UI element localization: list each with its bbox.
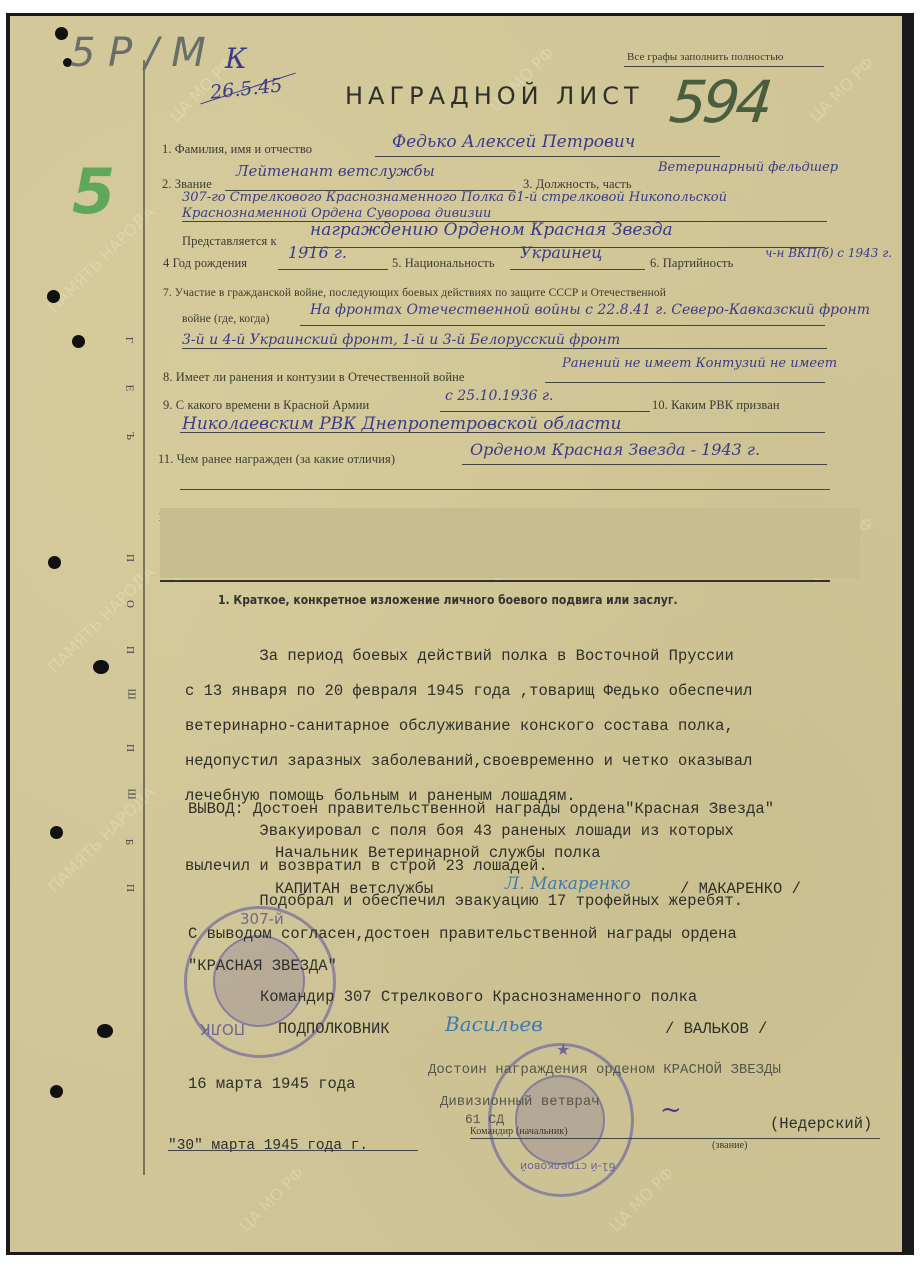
division-conclusion: Достоин награждения орденом КРАСНОЙ ЗВЕЗ…: [428, 1062, 781, 1078]
division-sub: 61 СД: [465, 1112, 504, 1127]
narrative-line: недопустил заразных заболеваний,своеврем…: [185, 753, 752, 771]
field-value-birth-year: 1916 г.: [288, 243, 347, 262]
underline: [180, 489, 830, 490]
field-value-wounds: Ранений не имеет Контузий не имеет: [562, 356, 837, 371]
field-label-birth-year: 4 Год рождения: [163, 256, 247, 271]
field-label-war-participation-2: войне (где, когда): [182, 313, 270, 325]
sheet-number: 594: [666, 68, 772, 136]
corner-mark: К: [225, 42, 247, 75]
field-value-war-participation-1: На фронтах Отечественной войны с 22.8.41…: [310, 302, 870, 318]
margin-line: [143, 60, 145, 1175]
field-value-presented: награждению Орденом Красная Звезда: [310, 220, 673, 240]
division-title: Дивизионный ветврач: [440, 1094, 600, 1110]
division-stamp-emblem: [515, 1075, 605, 1165]
date-regiment: 16 марта 1945 года: [188, 1075, 355, 1093]
division-name: (Недерский): [770, 1115, 872, 1133]
margin-pencil-note: 5 Р / М: [70, 30, 206, 76]
margin-letter: П: [124, 554, 136, 562]
underline: [440, 411, 650, 412]
margin-letter: П: [124, 646, 136, 654]
date-division: "30" марта 1945 года г.: [168, 1138, 368, 1154]
commander-signature: Васильев: [445, 1012, 543, 1036]
field-label-army-since: 9. С какого времени в Красной Армии: [163, 398, 369, 413]
field-value-army-since: с 25.10.1936 г.: [445, 388, 553, 404]
underline: [624, 66, 824, 67]
punch-hole: [48, 556, 61, 569]
field-value-position-3: Краснознаменной Ордена Суворова дивизии: [182, 206, 491, 221]
underline: [300, 325, 825, 326]
field-value-position-2: 307-го Стрелкового Краснознаменного Полк…: [182, 190, 727, 205]
underline: [462, 464, 827, 465]
vet-chief-rank: КАПИТАН ветслужбы: [275, 880, 433, 898]
conclusion: ВЫВОД: Достоен правительственной награды…: [188, 800, 774, 818]
margin-letter: О: [124, 600, 136, 608]
vet-chief-title: Начальник Ветеринарной службы полка: [275, 844, 601, 862]
underline: [182, 348, 827, 349]
underline: [510, 269, 645, 270]
margin-letter: Ъ: [124, 432, 136, 440]
punch-hole: [72, 335, 85, 348]
vet-chief-name: / МАКАРЕНКО /: [680, 880, 801, 898]
header-note: Все графы заполнить полностью: [627, 51, 784, 63]
agree-line-1: С выводом согласен,достоен правительстве…: [188, 925, 737, 943]
commander-name: / ВАЛЬКОВ /: [665, 1020, 767, 1038]
narrative-line: с 13 января по 20 февраля 1945 года ,тов…: [185, 683, 752, 701]
regiment-stamp-emblem: [213, 935, 305, 1027]
punch-hole: [55, 27, 68, 40]
field-value-war-participation-2: 3-й и 4-й Украинский фронт, 1-й и 3-й Бе…: [182, 332, 620, 348]
margin-letter: Е: [123, 385, 135, 392]
division-caption-left: Командир (начальник): [470, 1126, 568, 1137]
margin-letter: П: [124, 744, 136, 752]
page-title: НАГРАДНОЙ ЛИСТ: [345, 82, 644, 110]
vet-chief-signature: Л. Макаренко: [505, 874, 630, 894]
underline: [375, 156, 720, 157]
field-label-party: 6. Партийность: [650, 256, 733, 271]
narrative-block: За период боевых действий полка в Восточ…: [185, 630, 752, 928]
underline: [545, 382, 825, 383]
underline: [278, 269, 388, 270]
agree-line-2: "КРАСНАЯ ЗВЕЗДА": [188, 957, 337, 975]
field-value-rank: Лейтенант ветслужбы: [236, 162, 435, 180]
narrative-line: За период боевых действий полка в Восточ…: [185, 648, 752, 666]
field-label-name: 1. Фамилия, имя и отчество: [162, 142, 312, 157]
margin-letter: Ш: [126, 688, 138, 699]
field-value-position-1: Ветеринарный фельдшер: [658, 160, 838, 175]
margin-letter: Ш: [126, 788, 138, 799]
underline: [470, 1138, 880, 1139]
field-label-previous-awards: 11. Чем ранее награжден (за какие отличи…: [158, 452, 395, 467]
star-icon: ★: [556, 1040, 570, 1059]
margin-letter: П: [124, 884, 136, 892]
margin-letter: Б: [123, 839, 135, 845]
field-label-rvk: 10. Каким РВК призван: [652, 398, 780, 413]
regiment-stamp-bottom: ПОЛК: [200, 1020, 245, 1038]
margin-green-mark: 5: [72, 155, 115, 228]
punch-hole: [50, 1085, 63, 1098]
punch-hole: [47, 290, 60, 303]
commander-rank: ПОДПОЛКОВНИК: [278, 1020, 390, 1038]
field-label-war-participation: 7. Участие в гражданской войне, последую…: [163, 287, 666, 299]
redacted-area: [160, 508, 860, 578]
punch-hole: [93, 660, 109, 674]
margin-letter: Г: [123, 337, 135, 343]
punch-hole: [50, 826, 63, 839]
narrative-line: ветеринарно-санитарное обслуживание конс…: [185, 718, 752, 736]
field-label-presented: Представляется к: [182, 234, 277, 249]
field-value-nationality: Украинец: [520, 243, 602, 262]
division-stamp-bottom: 61-й стрелковой: [520, 1160, 616, 1173]
section-heading: 1. Краткое, конкретное изложение личного…: [218, 593, 678, 607]
field-value-previous-awards: Орденом Красная Звезда - 1943 г.: [470, 440, 760, 459]
division-signature: ~: [660, 1095, 682, 1125]
field-value-rvk: Николаевским РВК Днепропетровской област…: [182, 414, 621, 434]
division-caption-right: (звание): [712, 1140, 748, 1151]
commander-title: Командир 307 Стрелкового Краснознаменног…: [260, 988, 697, 1006]
field-label-nationality: 5. Национальность: [392, 256, 495, 271]
underline: [180, 432, 825, 433]
underline: [168, 1150, 418, 1151]
narrative-line: Эвакуировал с поля боя 43 раненых лошади…: [185, 823, 752, 841]
punch-hole: [97, 1024, 113, 1038]
field-value-party: ч-н ВКП(б) с 1943 г.: [765, 246, 892, 260]
field-label-wounds: 8. Имеет ли ранения и контузии в Отечест…: [163, 370, 465, 385]
field-value-name: Федько Алексей Петрович: [392, 132, 635, 152]
divider: [160, 580, 830, 582]
